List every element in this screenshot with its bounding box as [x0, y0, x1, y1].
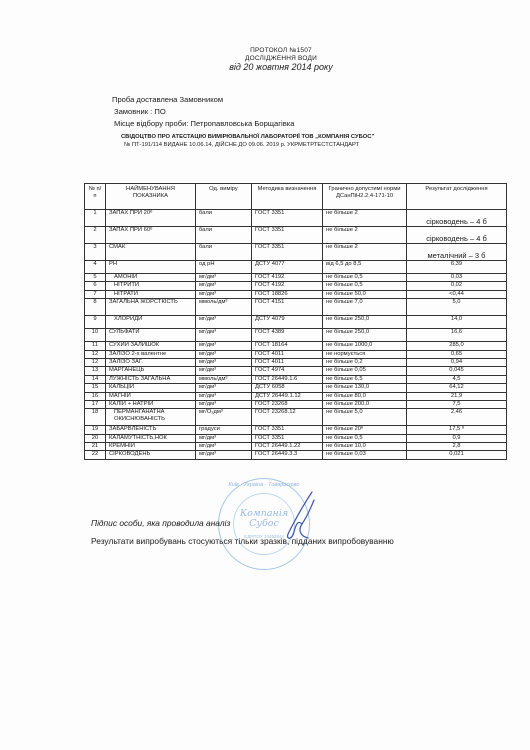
cell-unit: од pH — [196, 261, 252, 274]
cell-name: ЛУЖНІСТЬ ЗАГАЛЬНА — [106, 375, 196, 383]
cell-name: СІРКОВОДЕНЬ — [106, 451, 196, 459]
table-row: 2ЗАПАХ ПРИ 60ºбалиГОСТ 3351не більше 2сі… — [85, 227, 507, 244]
cell-result: 2,46 — [407, 409, 507, 426]
cell-method: ГОСТ 4011 — [252, 358, 323, 366]
cell-unit: мг/О₂дм³ — [196, 409, 252, 426]
header-method: Методика визначення — [252, 184, 323, 210]
cell-unit: мг/дм³ — [196, 434, 252, 442]
certificate-line-2: № ПТ-191/114 ВИДАНЕ 10.06.14, ДІЙСНЕ ДО … — [124, 142, 359, 148]
table-row: 7НІТРАТИмг/дм³ГОСТ 18826не більше 50,0<0… — [85, 290, 507, 298]
table-row: 21КРЕМНІЙмг/дм³ГОСТ 26449.1.22не більше … — [85, 443, 507, 451]
cell-norm: не більше 250,0 — [323, 329, 407, 342]
cell-name: АМОНІЙ — [106, 274, 196, 282]
cell-name: ХЛОРИДИ — [106, 316, 196, 329]
cell-result: 6,39 — [407, 261, 507, 274]
cell-name: ЗАБАРВЛЕНІСТЬ — [106, 426, 196, 434]
table-row: 18ПЕРМАНГАНАТНА ОКИСНЮВАНІСТЬмг/О₂дм³ГОС… — [85, 409, 507, 426]
cell-norm: не більше 2 — [323, 244, 407, 261]
cell-norm: не більше 0,5 — [323, 274, 407, 282]
cell-norm: не більше 0,05 — [323, 367, 407, 375]
signature-label: Підпис особи, яка проводила аналіз — [91, 518, 230, 528]
cell-result: 0,9 — [407, 434, 507, 442]
cell-norm: не більше 2 — [323, 227, 407, 244]
results-note: Результати випробувань стосуються тільки… — [91, 536, 394, 546]
cell-no: 5 — [85, 274, 106, 282]
cell-name: КАЛІЙ + НАТРІЙ — [106, 400, 196, 408]
cell-no: 17 — [85, 400, 106, 408]
cell-no: 1 — [85, 210, 106, 227]
header-result: Результат дослідження — [407, 184, 507, 210]
cell-unit: бали — [196, 227, 252, 244]
cell-method: ГОСТ 3351 — [252, 210, 323, 227]
cell-unit: ммоль/дм³ — [196, 299, 252, 316]
header-norm: Гранично допустимі норми ДСанПіН2.2.4-17… — [323, 184, 407, 210]
cell-norm: не більше 200,0 — [323, 400, 407, 408]
cell-norm: не більше 80,0 — [323, 392, 407, 400]
cell-unit: бали — [196, 210, 252, 227]
protocol-title: ПРОТОКОЛ №1507 — [16, 47, 530, 54]
cell-name: ЗАПАХ ПРИ 20º — [106, 210, 196, 227]
cell-no: 15 — [85, 384, 106, 392]
cell-unit: мг/дм³ — [196, 451, 252, 459]
cell-method: ГОСТ 23268 — [252, 400, 323, 408]
cell-norm: не більше 250,0 — [323, 316, 407, 329]
sampling-place: Місце відбору проби: Петропавловська Бор… — [114, 119, 294, 128]
cell-no: 10 — [85, 329, 106, 342]
table-row: 13МАРГАНЕЦЬмг/дм³ГОСТ 4974не більше 0,05… — [85, 367, 507, 375]
table-row: 14ЛУЖНІСТЬ ЗАГАЛЬНАммоль/дм³ГОСТ 26449.1… — [85, 375, 507, 383]
cell-no: 4 — [85, 261, 106, 274]
sample-delivered: Проба доставлена Замовником — [112, 95, 223, 104]
table-row: 22СІРКОВОДЕНЬмг/дм³ГОСТ 26449.3.3не біль… — [85, 451, 507, 459]
cell-no: 2 — [85, 227, 106, 244]
cell-name: НІТРАТИ — [106, 290, 196, 298]
table-row: 5АМОНІЙмг/дм³ГОСТ 4192не більше 0,50,03 — [85, 274, 507, 282]
cell-result: 0,94 — [407, 358, 507, 366]
cell-norm: не більше 20º — [323, 426, 407, 434]
customer: Замовник : ПО — [114, 107, 166, 116]
table-row: 9ХЛОРИДИмг/дм³ДСТУ 4079не більше 250,014… — [85, 316, 507, 329]
cell-method: ГОСТ 3351 — [252, 426, 323, 434]
cell-method: ГОСТ 4192 — [252, 282, 323, 290]
cell-name: НІТРИТИ — [106, 282, 196, 290]
cell-result: 0,03 — [407, 274, 507, 282]
cell-no: 8 — [85, 299, 106, 316]
cell-result: <0,44 — [407, 290, 507, 298]
cell-result: 4,5 — [407, 375, 507, 383]
table-header: № п/п НАЙМЕНУВАННЯ ПОКАЗНИКА Од. виміру … — [85, 184, 507, 210]
cell-name: КАЛАМУТНІСТЬ,НОК — [106, 434, 196, 442]
cell-name: ЗАЛІЗО ЗАГ. — [106, 358, 196, 366]
cell-result: 285,0 — [407, 342, 507, 350]
cell-name: МАГНІЙ — [106, 392, 196, 400]
cell-method: ДСТУ 26449.1.12 — [252, 392, 323, 400]
cell-method: ГОСТ 4011 — [252, 350, 323, 358]
cell-unit: мг/дм³ — [196, 400, 252, 408]
cell-name: PH — [106, 261, 196, 274]
cell-method: ДСТУ 6058 — [252, 384, 323, 392]
stamp-top-text: Київ · Україна · Товариство — [219, 482, 309, 488]
cell-name: КРЕМНІЙ — [106, 443, 196, 451]
cell-no: 11 — [85, 342, 106, 350]
table-row: 8ЗАГАЛЬНА ЖОРСТКІСТЬммоль/дм³ГОСТ 4151не… — [85, 299, 507, 316]
cell-no: 6 — [85, 282, 106, 290]
cell-name: СУХИЙ ЗАЛИШОК — [106, 342, 196, 350]
cell-result: 0,045 — [407, 367, 507, 375]
cell-result: 0,65 — [407, 350, 507, 358]
certificate-line-1: СВІДОЦТВО ПРО АТЕСТАЦІЮ ВИМІРЮВАЛЬНОЇ ЛА… — [121, 134, 374, 140]
cell-result: 14,0 — [407, 316, 507, 329]
cell-method: ГОСТ 4974 — [252, 367, 323, 375]
cell-norm: не більше 5,0 — [323, 409, 407, 426]
cell-unit: мг/дм³ — [196, 316, 252, 329]
cell-norm: не більше 7,0 — [323, 299, 407, 316]
cell-method: ГОСТ 4389 — [252, 329, 323, 342]
cell-name: МАРГАНЕЦЬ — [106, 367, 196, 375]
cell-result: сірководень – 4 б — [407, 227, 507, 244]
table-row: 3СМАКбалиГОСТ 3351не більше 2металічний … — [85, 244, 507, 261]
cell-result: 17,5 º — [407, 426, 507, 434]
cell-unit: ммоль/дм³ — [196, 375, 252, 383]
protocol-subtitle: ДОСЛІДЖЕННЯ ВОДИ — [16, 55, 530, 62]
cell-method: ГОСТ 18826 — [252, 290, 323, 298]
cell-result: 5,0 — [407, 299, 507, 316]
cell-result: 2,8 — [407, 443, 507, 451]
cell-no: 7 — [85, 290, 106, 298]
header-unit: Од. виміру — [196, 184, 252, 210]
cell-result: сірководень – 4 б — [407, 210, 507, 227]
table-row: 12ЗАЛІЗО ЗАГ.мг/дм³ГОСТ 4011не більше 0,… — [85, 358, 507, 366]
cell-name: ПЕРМАНГАНАТНА ОКИСНЮВАНІСТЬ — [106, 409, 196, 426]
cell-no: 16 — [85, 392, 106, 400]
cell-no: 9 — [85, 316, 106, 329]
cell-name: ЗАЛІЗО 2-х валентне — [106, 350, 196, 358]
protocol-date: від 20 жовтня 2014 року — [16, 62, 530, 72]
cell-no: 22 — [85, 451, 106, 459]
cell-no: 12 — [85, 350, 106, 358]
cell-result: 64,12 — [407, 384, 507, 392]
table-row: 16МАГНІЙмг/дм³ДСТУ 26449.1.12не більше 8… — [85, 392, 507, 400]
table-row: 11СУХИЙ ЗАЛИШОКмг/дм³ГОСТ 18164не більше… — [85, 342, 507, 350]
cell-unit: мг/дм³ — [196, 329, 252, 342]
cell-norm: не більше 0,2 — [323, 358, 407, 366]
cell-no: 20 — [85, 434, 106, 442]
header-no: № п/п — [85, 184, 106, 210]
cell-name: СУЛЬФАТИ — [106, 329, 196, 342]
table-row: 17КАЛІЙ + НАТРІЙмг/дм³ГОСТ 23268не більш… — [85, 400, 507, 408]
cell-norm: не більше 0,03 — [323, 451, 407, 459]
cell-method: ГОСТ 23268.12 — [252, 409, 323, 426]
table-row: 20КАЛАМУТНІСТЬ,НОКмг/дм³ГОСТ 3351не біль… — [85, 434, 507, 442]
cell-name: ЗАПАХ ПРИ 60º — [106, 227, 196, 244]
cell-unit: бали — [196, 244, 252, 261]
cell-unit: мг/дм³ — [196, 342, 252, 350]
cell-unit: мг/дм³ — [196, 384, 252, 392]
cell-unit: мг/дм³ — [196, 358, 252, 366]
table-row: 1ЗАПАХ ПРИ 20ºбалиГОСТ 3351не більше 2сі… — [85, 210, 507, 227]
cell-result: 21,9 — [407, 392, 507, 400]
cell-unit: мг/дм³ — [196, 443, 252, 451]
cell-name: ЗАГАЛЬНА ЖОРСТКІСТЬ — [106, 299, 196, 316]
cell-unit: мг/дм³ — [196, 274, 252, 282]
cell-result: 0,02 — [407, 282, 507, 290]
cell-method: ГОСТ 3351 — [252, 244, 323, 261]
cell-method: ГОСТ 26449.1.6 — [252, 375, 323, 383]
cell-norm: не більше 6,5 — [323, 375, 407, 383]
table-row: 12ЗАЛІЗО 2-х валентнемг/дм³ГОСТ 4011не н… — [85, 350, 507, 358]
cell-no: 19 — [85, 426, 106, 434]
table-row: 19ЗАБАРВЛЕНІСТЬградусиГОСТ 3351не більше… — [85, 426, 507, 434]
table-row: 6НІТРИТИмг/дм³ГОСТ 4192не більше 0,50,02 — [85, 282, 507, 290]
cell-unit: мг/дм³ — [196, 367, 252, 375]
cell-unit: мг/дм³ — [196, 392, 252, 400]
cell-result: 7,5 — [407, 400, 507, 408]
cell-no: 14 — [85, 375, 106, 383]
cell-norm: не більше 2 — [323, 210, 407, 227]
cell-result: 16,6 — [407, 329, 507, 342]
table-row: 10СУЛЬФАТИмг/дм³ГОСТ 4389не більше 250,0… — [85, 329, 507, 342]
table-row: 4PHод pHДСТУ 4077від 6,5 до 8,56,39 — [85, 261, 507, 274]
cell-norm: не більше 0,5 — [323, 282, 407, 290]
cell-name: СМАК — [106, 244, 196, 261]
cell-method: ГОСТ 4192 — [252, 274, 323, 282]
cell-result: 0,021 — [407, 451, 507, 459]
cell-method: ДСТУ 4077 — [252, 261, 323, 274]
results-table: № п/п НАЙМЕНУВАННЯ ПОКАЗНИКА Од. виміру … — [84, 183, 507, 460]
cell-unit: градуси — [196, 426, 252, 434]
cell-no: 12 — [85, 358, 106, 366]
cell-norm: не більше 130,0 — [323, 384, 407, 392]
cell-no: 13 — [85, 367, 106, 375]
document-page: ПРОТОКОЛ №1507 ДОСЛІДЖЕННЯ ВОДИ від 20 ж… — [0, 0, 530, 750]
cell-method: ГОСТ 26449.1.22 — [252, 443, 323, 451]
cell-result: металічний – 3 б — [407, 244, 507, 261]
cell-method: ГОСТ 18164 — [252, 342, 323, 350]
cell-method: ГОСТ 3351 — [252, 227, 323, 244]
cell-method: ГОСТ 26449.3.3 — [252, 451, 323, 459]
cell-no: 21 — [85, 443, 106, 451]
cell-name: КАЛЬЦІЙ — [106, 384, 196, 392]
cell-method: ГОСТ 3351 — [252, 434, 323, 442]
cell-norm: не більше 10,0 — [323, 443, 407, 451]
cell-norm: не нормується — [323, 350, 407, 358]
cell-norm: від 6,5 до 8,5 — [323, 261, 407, 274]
cell-no: 18 — [85, 409, 106, 426]
cell-norm: не більше 50,0 — [323, 290, 407, 298]
table-row: 15КАЛЬЦІЙмг/дм³ДСТУ 6058не більше 130,06… — [85, 384, 507, 392]
cell-unit: мг/дм³ — [196, 282, 252, 290]
header-name: НАЙМЕНУВАННЯ ПОКАЗНИКА — [106, 184, 196, 210]
cell-no: 3 — [85, 244, 106, 261]
cell-unit: мг/дм³ — [196, 290, 252, 298]
cell-method: ГОСТ 4151 — [252, 299, 323, 316]
cell-method: ДСТУ 4079 — [252, 316, 323, 329]
cell-norm: не більше 1000,0 — [323, 342, 407, 350]
cell-norm: не більше 0,5 — [323, 434, 407, 442]
cell-unit: мг/дм³ — [196, 350, 252, 358]
